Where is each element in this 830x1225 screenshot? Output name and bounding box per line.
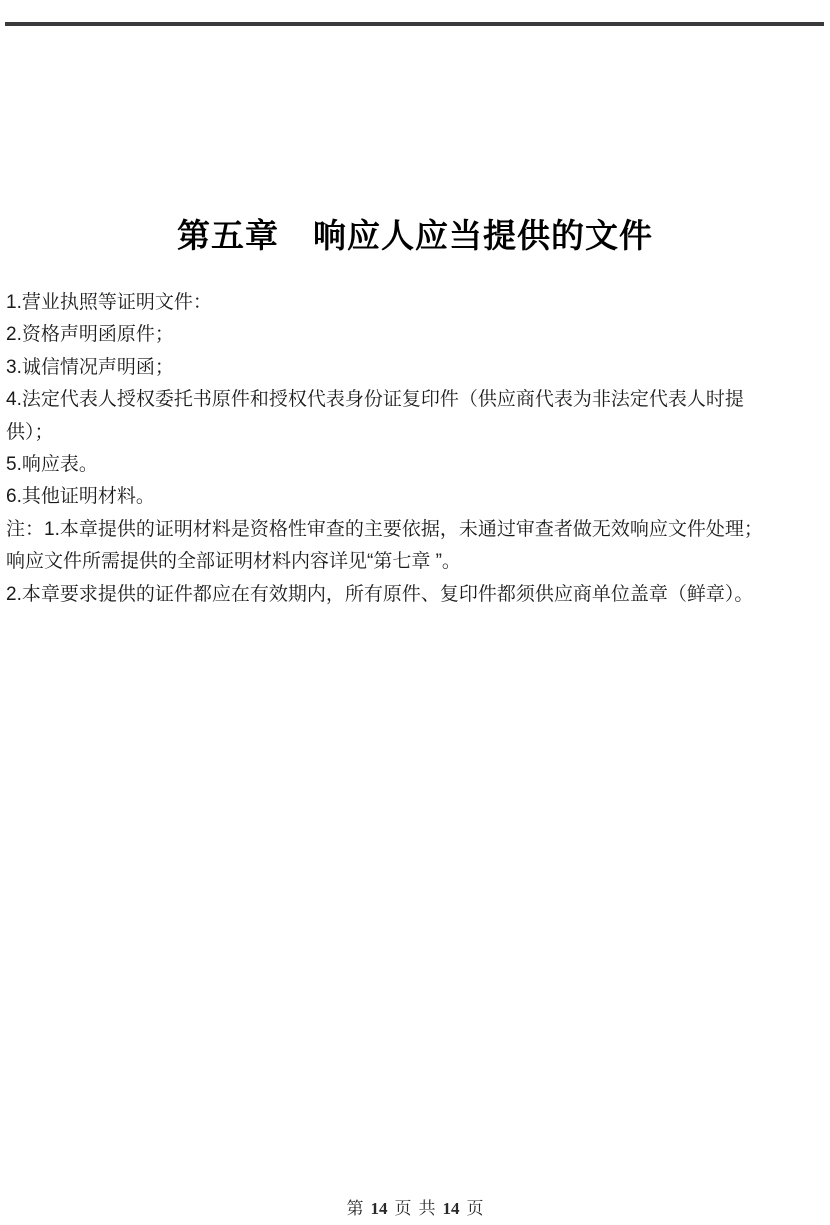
body-line: 6.其他证明材料。 xyxy=(6,481,824,513)
body-line: 3.诚信情况声明函； xyxy=(6,352,824,384)
body-line: 注：1.本章提供的证明材料是资格性审查的主要依据，未通过审查者做无效响应文件处理… xyxy=(6,514,824,546)
footer-label-gong: 共 xyxy=(419,1194,436,1219)
chapter-title: 第五章 响应人应当提供的文件 xyxy=(0,210,830,257)
footer-label-di: 第 xyxy=(347,1194,364,1219)
body-line: 供）； xyxy=(6,417,824,449)
document-body: 1.营业执照等证明文件： 2.资格声明函原件； 3.诚信情况声明函； 4.法定代… xyxy=(6,287,824,611)
footer-label-ye: 页 xyxy=(467,1194,484,1219)
body-line: 1.营业执照等证明文件： xyxy=(6,287,824,319)
page-number-footer: 第14页共14页 xyxy=(0,1194,830,1219)
document-page: 第五章 响应人应当提供的文件 1.营业执照等证明文件： 2.资格声明函原件； 3… xyxy=(0,0,830,1225)
footer-label-ye: 页 xyxy=(395,1194,412,1219)
body-line: 5.响应表。 xyxy=(6,449,824,481)
top-border-rule xyxy=(5,22,824,26)
body-line: 4.法定代表人授权委托书原件和授权代表身份证复印件（供应商代表为非法定代表人时提 xyxy=(6,384,824,416)
footer-current-page: 14 xyxy=(371,1199,388,1219)
footer-total-pages: 14 xyxy=(443,1199,460,1219)
body-line: 响应文件所需提供的全部证明材料内容详见“第七章 ”。 xyxy=(6,546,824,578)
body-line: 2.资格声明函原件； xyxy=(6,319,824,351)
body-line: 2.本章要求提供的证件都应在有效期内，所有原件、复印件都须供应商单位盖章（鲜章）… xyxy=(6,579,824,611)
